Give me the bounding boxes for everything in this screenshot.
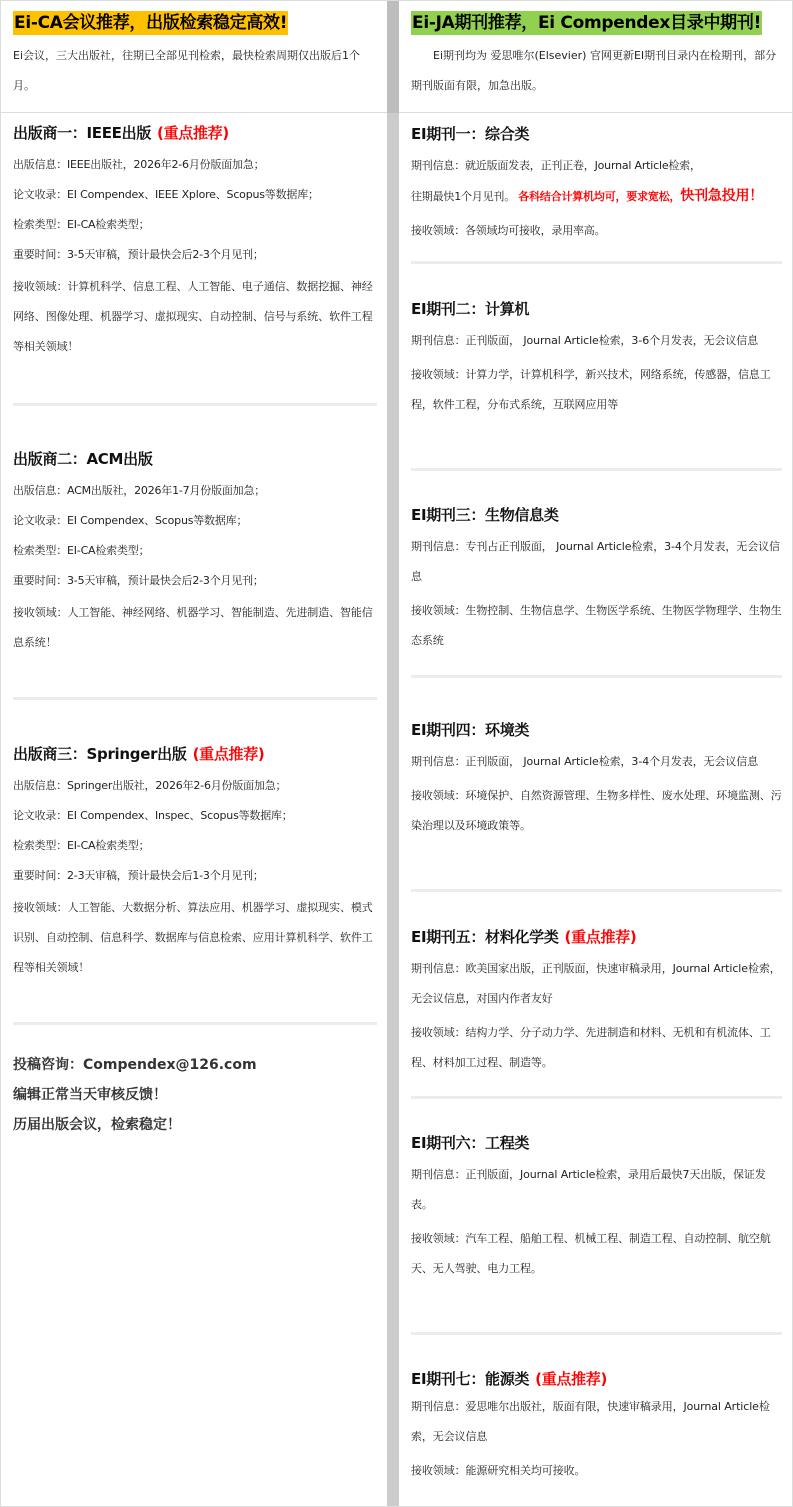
publisher-name: 出版商一：IEEE出版 <box>13 124 151 142</box>
journal-fields: 接收领域：各领域均可接收，录用率高。 <box>411 216 782 246</box>
contact-stability-note: 历届出版会议，检索稳定！ <box>13 1110 377 1140</box>
journal-highlight-text: 各科结合计算机均可，要求宽松， <box>518 190 680 203</box>
journal-fields: 接收领域：计算力学，计算机科学，新兴技术，网络系统，传感器，信息工程，软件工程，… <box>411 360 782 420</box>
journal-header-description: Ei期刊均为 爱思唯尔(Elsevier) 官网更新EI期刊目录内在检期刊，部分… <box>411 41 784 101</box>
journal-info-text: 往期最快1个月见刊。 <box>411 190 515 203</box>
journal-column: Ei-JA期刊推荐，Ei Compendex目录中期刊! Ei期刊均为 爱思唯尔… <box>399 1 792 1506</box>
contact-email[interactable]: 投稿咨询：Compendex@126.com <box>13 1050 377 1080</box>
publisher-fields: 接收领域：计算机科学、信息工程、人工智能、电子通信、数据挖掘、神经网络、图像处理… <box>13 272 377 362</box>
separator <box>411 1096 782 1099</box>
publisher-title: 出版商三：Springer出版(重点推荐) <box>13 743 377 765</box>
publisher-info: 出版信息：IEEE出版社，2026年2-6月份版面加急； <box>13 150 377 180</box>
column-divider-header <box>387 1 399 113</box>
publisher-index-type: 检索类型：EI-CA检索类型； <box>13 831 377 861</box>
journal-header-title: Ei-JA期刊推荐，Ei Compendex目录中期刊! <box>411 11 762 35</box>
publisher-fields: 接收领域：人工智能、大数据分析、算法应用、机器学习、虚拟现实、模式识别、自动控制… <box>13 893 377 983</box>
journal-fields: 接收领域：环境保护、自然资源管理、生物多样性、废水处理、环境监测、污染治理以及环… <box>411 781 782 841</box>
publisher-indexing: 论文收录：EI Compendex、Scopus等数据库； <box>13 506 377 536</box>
journal-title: EI期刊一：综合类 <box>411 123 782 145</box>
journal-name: EI期刊五：材料化学类 <box>411 928 559 946</box>
journal-title: EI期刊二：计算机 <box>411 298 782 320</box>
journal-general: EI期刊一：综合类 期刊信息：就近版面发表，正刊正卷，Journal Artic… <box>411 123 782 246</box>
publisher-index-type: 检索类型：EI-CA检索类型； <box>13 536 377 566</box>
publisher-title: 出版商一：IEEE出版(重点推荐) <box>13 122 377 144</box>
journal-info: 期刊信息：正刊版面， Journal Article检索，3-6个月发表，无会议… <box>411 326 782 356</box>
contact-block: 投稿咨询：Compendex@126.com 编辑正常当天审核反馈！ 历届出版会… <box>13 1050 377 1140</box>
journal-bioinformatics: EI期刊三：生物信息类 期刊信息：专刊占正刊版面， Journal Articl… <box>411 504 782 656</box>
journal-energy: EI期刊七：能源类(重点推荐) 期刊信息：爱思唯尔出版社，版面有限，快速审稿录用… <box>411 1368 782 1486</box>
publisher-springer: 出版商三：Springer出版(重点推荐) 出版信息：Springer出版社，2… <box>13 743 377 983</box>
conference-header: Ei-CA会议推荐，出版检索稳定高效! Ei会议，三大出版社，往期已全部见刊检索… <box>1 1 387 113</box>
conference-header-description: Ei会议，三大出版社，往期已全部见刊检索，最快检索周期仅出版后1个月。 <box>13 41 379 101</box>
journal-info: 期刊信息：就近版面发表，正刊正卷，Journal Article检索， <box>411 151 782 181</box>
publisher-title: 出版商二：ACM出版 <box>13 448 377 470</box>
publisher-info: 出版信息：ACM出版社，2026年1-7月份版面加急； <box>13 476 377 506</box>
journal-computer: EI期刊二：计算机 期刊信息：正刊版面， Journal Article检索，3… <box>411 298 782 420</box>
journal-header: Ei-JA期刊推荐，Ei Compendex目录中期刊! Ei期刊均为 爱思唯尔… <box>399 1 792 113</box>
publisher-timeline: 重要时间：3-5天审稿，预计最快会后2-3个月见刊； <box>13 240 377 270</box>
journal-info: 期刊信息：欧美国家出版，正刊版面，快速审稿录用，Journal Article检… <box>411 954 782 1014</box>
publisher-name: 出版商三：Springer出版 <box>13 745 187 763</box>
journal-title: EI期刊五：材料化学类(重点推荐) <box>411 926 782 948</box>
journal-info: 期刊信息：正刊版面， Journal Article检索，3-4个月发表，无会议… <box>411 747 782 777</box>
journal-name: EI期刊七：能源类 <box>411 1370 529 1388</box>
publisher-timeline: 重要时间：2-3天审稿，预计最快会后1-3个月见刊； <box>13 861 377 891</box>
separator <box>13 1022 377 1025</box>
journal-info: 期刊信息：正刊版面，Journal Article检索，录用后最快7天出版，保证… <box>411 1160 782 1220</box>
separator <box>411 889 782 892</box>
separator <box>411 675 782 678</box>
publisher-ieee: 出版商一：IEEE出版(重点推荐) 出版信息：IEEE出版社，2026年2-6月… <box>13 122 377 362</box>
journal-highlight-big: 快刊急投用！ <box>680 188 763 204</box>
journal-title: EI期刊七：能源类(重点推荐) <box>411 1368 782 1390</box>
publisher-info: 出版信息：Springer出版社，2026年2-6月份版面加急； <box>13 771 377 801</box>
journal-info: 期刊信息：专刊占正刊版面， Journal Article检索，3-4个月发表，… <box>411 532 782 592</box>
journal-fields: 接收领域：能源研究相关均可接收。 <box>411 1456 782 1486</box>
conference-header-title: Ei-CA会议推荐，出版检索稳定高效! <box>13 11 288 35</box>
journal-environment: EI期刊四：环境类 期刊信息：正刊版面， Journal Article检索，3… <box>411 719 782 841</box>
page: Ei-CA会议推荐，出版检索稳定高效! Ei会议，三大出版社，往期已全部见刊检索… <box>0 0 793 1507</box>
journal-title: EI期刊四：环境类 <box>411 719 782 741</box>
journal-materials-chemistry: EI期刊五：材料化学类(重点推荐) 期刊信息：欧美国家出版，正刊版面，快速审稿录… <box>411 926 782 1078</box>
recommend-badge: (重点推荐) <box>157 124 229 142</box>
separator <box>13 697 377 700</box>
journal-info-cont: 往期最快1个月见刊。 各科结合计算机均可，要求宽松，快刊急投用！ <box>411 181 782 212</box>
recommend-badge: (重点推荐) <box>535 1370 607 1388</box>
journal-fields: 接收领域：汽车工程、船舶工程、机械工程、制造工程、自动控制、航空航天、无人驾驶、… <box>411 1224 782 1284</box>
journal-title: EI期刊六：工程类 <box>411 1132 782 1154</box>
separator <box>411 261 782 264</box>
journal-highlight: 各科结合计算机均可，要求宽松，快刊急投用！ <box>518 190 763 203</box>
journal-fields: 接收领域：结构力学、分子动力学、先进制造和材料、无机和有机流体、工程、材料加工过… <box>411 1018 782 1078</box>
publisher-acm: 出版商二：ACM出版 出版信息：ACM出版社，2026年1-7月份版面加急； 论… <box>13 448 377 658</box>
separator <box>411 1332 782 1335</box>
publisher-index-type: 检索类型：EI-CA检索类型； <box>13 210 377 240</box>
publisher-indexing: 论文收录：EI Compendex、Inspec、Scopus等数据库； <box>13 801 377 831</box>
journal-info: 期刊信息：爱思唯尔出版社，版面有限，快速审稿录用，Journal Article… <box>411 1392 782 1452</box>
journal-title: EI期刊三：生物信息类 <box>411 504 782 526</box>
publisher-timeline: 重要时间：3-5天审稿，预计最快会后2-3个月见刊； <box>13 566 377 596</box>
publisher-indexing: 论文收录：EI Compendex、IEEE Xplore、Scopus等数据库… <box>13 180 377 210</box>
recommend-badge: (重点推荐) <box>565 928 637 946</box>
contact-review-note: 编辑正常当天审核反馈！ <box>13 1080 377 1110</box>
separator <box>411 468 782 471</box>
journal-fields: 接收领域：生物控制、生物信息学、生物医学系统、生物医学物理学、生物生态系统 <box>411 596 782 656</box>
recommend-badge: (重点推荐) <box>193 745 265 763</box>
conference-column: Ei-CA会议推荐，出版检索稳定高效! Ei会议，三大出版社，往期已全部见刊检索… <box>1 1 387 1506</box>
publisher-fields: 接收领域：人工智能、神经网络、机器学习、智能制造、先进制造、智能信息系统！ <box>13 598 377 658</box>
publisher-name: 出版商二：ACM出版 <box>13 450 153 468</box>
separator <box>13 403 377 406</box>
journal-engineering: EI期刊六：工程类 期刊信息：正刊版面，Journal Article检索，录用… <box>411 1132 782 1284</box>
column-divider <box>387 1 399 1506</box>
